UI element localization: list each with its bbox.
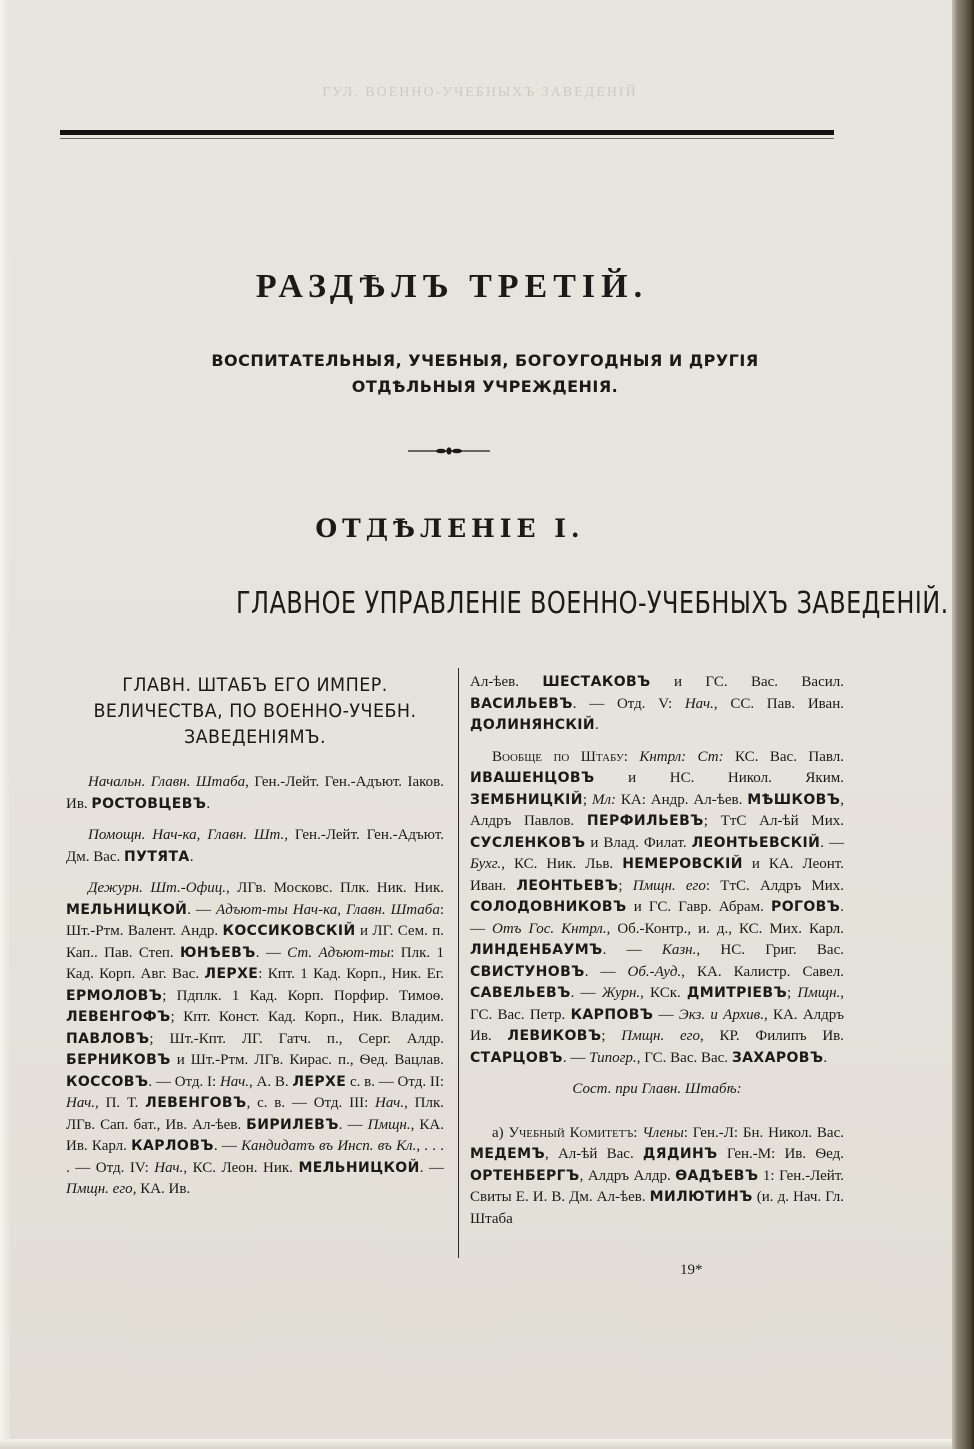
header-rule-thick [60, 130, 834, 135]
column-divider [458, 668, 459, 1258]
entry-text: , А. В. [249, 1074, 292, 1090]
bleed-through-header: ГУЛ. ВОЕННО-УЧЕБНЫХЪ ЗАВЕДЕНІЙ [100, 85, 860, 101]
entry-text: . — [820, 835, 844, 851]
person-name: ДОЛИНЯНСКІЙ [470, 717, 595, 733]
entry-text: . — [214, 1138, 241, 1154]
position-label: Пмщн. [368, 1117, 411, 1133]
entry-text: ; ТтС Ал-ѣй Мих. [704, 813, 844, 829]
person-name: ЛИНДЕНБАУМЪ [470, 942, 603, 958]
section-label: Вообще по Штабу [492, 749, 624, 765]
header-rule-thin [60, 138, 834, 139]
person-name: ДМИТРІЕВЪ [687, 985, 787, 1001]
entry-text: . — Отд. I: [148, 1074, 220, 1090]
right-column: Ал-ѣев. ШЕСТАКОВЪ и ГС. Вас. Васил. ВАСИ… [470, 672, 844, 1240]
person-name: ЛЕОНТЬЕВСКІЙ [692, 835, 821, 851]
entry-text: и НС. Никол. Яким. [595, 770, 844, 786]
person-name: СВИСТУНОВЪ [470, 964, 585, 980]
person-name: МИЛЮТИНЪ [650, 1189, 753, 1205]
entry-text: : Кпт. 1 Кад. Корп., Ник. Ег. [258, 966, 444, 982]
entry-text: ; Шт.-Кпт. ЛГ. Гатч. п., Серг. Алдр. [149, 1031, 444, 1047]
position-label: Ст. Адъют-ты [287, 945, 390, 961]
person-name: ЛЕОНТЬЕВЪ [516, 878, 618, 894]
position-label: Нач. [66, 1095, 95, 1111]
person-name: ЗЕМБНИЦКІЙ [470, 792, 583, 808]
position-label: Типогр. [589, 1050, 637, 1066]
entry-study-committee: а) Учебный Комитетъ: Члены: Ген.-Л: Бн. … [470, 1123, 844, 1231]
person-name: ЮНѢЕВЪ [180, 945, 256, 961]
position-label: Нач. [154, 1160, 183, 1176]
person-name: МЕДЕМЪ [470, 1146, 545, 1162]
position-label: Нач. [375, 1095, 404, 1111]
entry-text: . — Отд. V: [573, 696, 685, 712]
subsection-heading: Сост. при Главн. Штабѣ: [470, 1079, 844, 1101]
column-heading: ГЛАВН. ШТАБЪ ЕГО ИМПЕР. ВЕЛИЧЕСТВА, ПО В… [81, 672, 429, 750]
position-label: Кнтрл: Ст: [639, 749, 723, 765]
position-label: Нач. [685, 696, 714, 712]
person-name: БИРИЛЕВЪ [246, 1117, 339, 1133]
department-title: ОТДѢЛЕНІЕ I. [0, 514, 900, 543]
position-label: Члены [642, 1125, 684, 1141]
entry-chief-of-staff: Начальн. Главн. Штаба, Ген.-Лейт. Ген.-А… [66, 772, 444, 815]
person-name: КОССИКОВСКІЙ [223, 923, 356, 939]
position-label: Бухг. [470, 856, 501, 872]
person-name: ИВАШЕНЦОВЪ [470, 770, 595, 786]
position-label: Казн. [662, 942, 697, 958]
entry-text: . [595, 717, 599, 733]
entry-text: — [653, 1007, 679, 1023]
entry-text: : [633, 1125, 642, 1141]
entry-text: , с. в. — Отд. III: [247, 1095, 375, 1111]
position-label: Помощн. Нач-ка, Главн. Шт. [88, 827, 284, 843]
position-label: Адъют-ты Нач-ка, Главн. Штаба [216, 902, 440, 918]
entry-text: ; Кпт. Конст. Кад. Корп., Ник. Владим. [171, 1009, 444, 1025]
entry-text: , КСк. [640, 985, 687, 1001]
person-name: КАРПОВЪ [571, 1007, 654, 1023]
entry-text: с. в. — Отд. II: [346, 1074, 444, 1090]
person-name: КОССОВЪ [66, 1074, 148, 1090]
entry-text: : Ген.-Л: Бн. Никол. Вас. [684, 1125, 844, 1141]
entry-text: ; [601, 1028, 621, 1044]
entry-text: , П. Т. [95, 1095, 145, 1111]
person-name: ЗАХАРОВЪ [732, 1050, 824, 1066]
entry-text: . — [187, 902, 216, 918]
entry-text: и ГС. Гавр. Абрам. [627, 899, 771, 915]
entry-continued: Ал-ѣев. ШЕСТАКОВЪ и ГС. Вас. Васил. ВАСИ… [470, 672, 844, 737]
entry-text: и Шт.-Ртм. ЛГв. Кирас. п., Ѳед. Вацлав. [171, 1052, 444, 1068]
person-name: ЛЕРХЕ [292, 1074, 346, 1090]
entry-text: ; Пдплк. 1 Кад. Корп. Порфир. Тимоѳ. [162, 988, 444, 1004]
person-name: ОРТЕНБЕРГЪ [470, 1168, 580, 1184]
entry-text: : ТтС. Алдръ Мих. [706, 878, 844, 894]
entry-text: , Алдръ Алдр. [580, 1168, 676, 1184]
entry-text: ; [583, 792, 592, 808]
position-label: Начальн. Главн. Штаба [88, 774, 245, 790]
person-name: СОЛОДОВНИКОВЪ [470, 899, 627, 915]
person-name: ПЕРФИЛЬЕВЪ [587, 813, 704, 829]
person-name: РОГОВЪ [771, 899, 840, 915]
entry-text: , ЛГв. Московс. Плк. Ник. Ник. [226, 880, 444, 896]
entry-text: , Об.-Контр., и. д., КС. Мих. Карл. [607, 921, 844, 937]
entry-text: . [206, 796, 210, 812]
position-label: Пмщн. его [66, 1181, 133, 1197]
entry-text: , Ал-ѣй Вас. [545, 1146, 643, 1162]
person-name: БЕРНИКОВЪ [66, 1052, 171, 1068]
entry-staff-general: Вообще по Штабу: Кнтрл: Ст: КС. Вас. Пав… [470, 747, 844, 1070]
entry-text: Ген.-М: Ив. Ѳед. [718, 1146, 844, 1162]
person-name: ПУТЯТА [124, 849, 190, 865]
person-name: МѢШКОВЪ [747, 792, 840, 808]
entry-text: , СС. Пав. Иван. [714, 696, 844, 712]
entry-text: и ГС. Вас. Васил. [651, 674, 844, 690]
person-name: ШЕСТАКОВЪ [542, 674, 650, 690]
position-label: Нач. [220, 1074, 249, 1090]
person-name: ЛЕВЕНГОФЪ [66, 1009, 171, 1025]
entry-assistant-chief: Помощн. Нач-ка, Главн. Шт., Ген.-Лейт. Г… [66, 825, 444, 868]
left-column: ГЛАВН. ШТАБЪ ЕГО ИМПЕР. ВЕЛИЧЕСТВА, ПО В… [66, 672, 444, 1211]
person-name: ЛЕВИКОВЪ [507, 1028, 601, 1044]
entry-text: , ГС. Вас. Вас. [637, 1050, 732, 1066]
person-name: ПАВЛОВЪ [66, 1031, 149, 1047]
entry-text: . — [603, 942, 662, 958]
person-name: ѲАДѢЕВЪ [675, 1168, 758, 1184]
position-label: Экз. и Архив. [679, 1007, 764, 1023]
position-label: Пмщн. его [633, 878, 706, 894]
person-name: ЕРМОЛОВЪ [66, 988, 162, 1004]
entry-text: КА: Андр. Ал-ѣев. [616, 792, 747, 808]
person-name: НЕМЕРОВСКІЙ [622, 856, 743, 872]
entry-text: , НС. Григ. Вас. [696, 942, 844, 958]
person-name: РОСТОВЦЕВЪ [91, 796, 206, 812]
entry-text: КС. Вас. Павл. [724, 749, 844, 765]
person-name: ЛЕРХЕ [204, 966, 258, 982]
position-label: Мл: [592, 792, 616, 808]
entry-text: и Влад. Филат. [585, 835, 691, 851]
person-name: МЕЛЬНИЦКОЙ [298, 1160, 419, 1176]
part-title: РАЗДѢЛЪ ТРЕТІЙ. [0, 268, 904, 306]
person-name: САВЕЛЬЕВЪ [470, 985, 571, 1001]
person-name: ВАСИЛЬЕВЪ [470, 696, 573, 712]
ornament-flourish-icon [408, 447, 490, 455]
person-name: ДЯДИНЪ [643, 1146, 718, 1162]
entry-text: . — [571, 985, 602, 1001]
entry-text: а) [492, 1125, 509, 1141]
entry-duty-officers: Дежурн. Шт.-Офиц., ЛГв. Московс. Плк. Ни… [66, 878, 444, 1201]
entry-text: , КС. Леон. Ник. [183, 1160, 298, 1176]
position-label: Об.-Ауд. [628, 964, 682, 980]
entry-text: , КА. Ив. [133, 1181, 191, 1197]
section-label: Учебный Комитетъ [509, 1125, 634, 1141]
entry-text: . — [256, 945, 287, 961]
entry-text: ; [618, 878, 632, 894]
entry-text: . [190, 849, 194, 865]
position-label: Пмщн. [797, 985, 840, 1001]
position-label: Пмщн. его [621, 1028, 700, 1044]
person-name: КАРЛОВЪ [131, 1138, 214, 1154]
position-label: Журн. [602, 985, 640, 1001]
position-label: Отъ Гос. Кнтрл. [492, 921, 607, 937]
person-name: СТАРЦОВЪ [470, 1050, 563, 1066]
entry-text: . — [420, 1160, 444, 1176]
entry-text: . [823, 1050, 827, 1066]
person-name: СУСЛЕНКОВЪ [470, 835, 585, 851]
entry-text: . — [585, 964, 628, 980]
entry-text: , КС. Ник. Льв. [501, 856, 622, 872]
person-name: ЛЕВЕНГОВЪ [145, 1095, 246, 1111]
entry-text: , КР. Филипъ Ив. [700, 1028, 844, 1044]
entry-text: ; [787, 985, 797, 1001]
book-spine [952, 0, 974, 1449]
part-subtitle: Воспитательныя, учебныя, богоугодныя и д… [160, 348, 810, 400]
position-label: Кандидатъ въ Инсп. въ Кл. [241, 1138, 416, 1154]
page-bottom-edge [0, 1439, 952, 1449]
main-title: ГЛАВНОЕ УПРАВЛЕНІЕ ВОЕННО-УЧЕБНЫХЪ ЗАВЕД… [236, 586, 764, 621]
entry-text: . — [563, 1050, 589, 1066]
entry-text: Ал-ѣев. [470, 674, 542, 690]
entry-text: . — [339, 1117, 368, 1133]
entry-text: , КА. Калистр. Савел. [681, 964, 844, 980]
page-number: 19* [680, 1262, 703, 1279]
position-label: Дежурн. Шт.-Офиц. [88, 880, 226, 896]
page-left-edge [0, 0, 10, 1449]
person-name: МЕЛЬНИЦКОЙ [66, 902, 187, 918]
entry-text: : [624, 749, 640, 765]
